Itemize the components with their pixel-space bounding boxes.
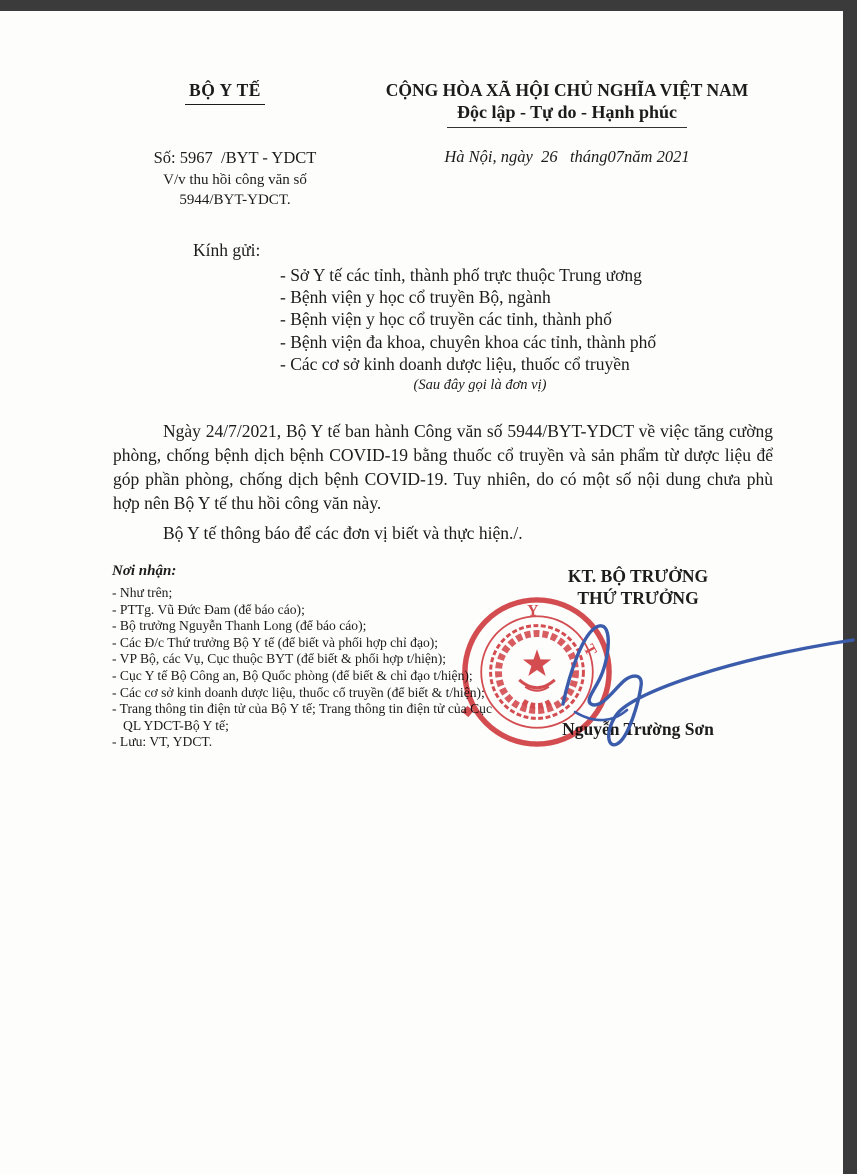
footer-recipient: - Lưu: VT, YDCT.: [112, 734, 504, 751]
footer-recipient: - Như trên;: [112, 585, 504, 602]
place-date: Hà Nội, ngày 26 tháng07năm 2021: [357, 147, 777, 167]
salutation-recipient-list: - Sở Y tế các tỉnh, thành phố trực thuộc…: [280, 264, 760, 375]
doc-number: Số: 5967 /BYT - YDCT: [110, 148, 360, 168]
salutation-recipient: - Bệnh viện y học cổ truyền Bộ, ngành: [280, 286, 760, 308]
national-motto: Độc lập - Tự do - Hạnh phúc: [447, 101, 687, 128]
footer-recipient-list: - Như trên;- PTTg. Vũ Đức Đam (để báo cá…: [112, 585, 504, 751]
header-right: CỘNG HÒA XÃ HỘI CHỦ NGHĨA VIỆT NAM Độc l…: [357, 80, 777, 128]
signer-title-line1: KT. BỘ TRƯỞNG: [518, 565, 758, 587]
footer-recipient: - Cục Y tế Bộ Công an, Bộ Quốc phòng (để…: [112, 668, 504, 685]
footer-recipient: - Trang thông tin điện tử của Bộ Y tế; T…: [112, 701, 504, 734]
scope-note: (Sau đây gọi là đơn vị): [280, 377, 680, 394]
seal-star: [523, 649, 551, 676]
salutation-recipient: - Bệnh viện đa khoa, chuyên khoa các tỉn…: [280, 331, 760, 353]
footer-recipient: - Các Đ/c Thứ trưởng Bộ Y tế (để biết và…: [112, 635, 504, 652]
seal-letter-top: Y: [527, 603, 539, 620]
salutation-recipient: - Bệnh viện y học cổ truyền các tỉnh, th…: [280, 308, 760, 330]
salutation-label: Kính gửi:: [193, 240, 260, 261]
body-text: Ngày 24/7/2021, Bộ Y tế ban hành Công vă…: [113, 419, 773, 545]
scan-border-top: [0, 0, 857, 11]
document-page: BỘ Y TẾ Số: 5967 /BYT - YDCT V/v thu hồi…: [0, 0, 857, 1174]
salutation-recipient: - Sở Y tế các tỉnh, thành phố trực thuộc…: [280, 264, 760, 286]
national-title: CỘNG HÒA XÃ HỘI CHỦ NGHĨA VIỆT NAM: [357, 80, 777, 101]
salutation-recipient: - Các cơ sở kinh doanh dược liệu, thuốc …: [280, 353, 760, 375]
body-paragraph-1: Ngày 24/7/2021, Bộ Y tế ban hành Công vă…: [113, 419, 773, 515]
org-title: BỘ Y TẾ: [185, 80, 265, 105]
header-left: BỘ Y TẾ: [110, 80, 340, 105]
footer-recipient: - VP Bộ, các Vụ, Cục thuộc BYT (để biết …: [112, 651, 504, 668]
body-paragraph-2: Bộ Y tế thông báo để các đơn vị biết và …: [113, 521, 773, 545]
footer-recipients-label: Nơi nhận:: [112, 563, 176, 580]
doc-subject-line2: 5944/BYT-YDCT.: [110, 190, 360, 210]
footer-recipient: - PTTg. Vũ Đức Đam (để báo cáo);: [112, 602, 504, 619]
scan-border-right: [843, 0, 857, 1174]
footer-recipient: - Các cơ sở kinh doanh dược liệu, thuốc …: [112, 685, 504, 702]
doc-subject-line1: V/v thu hồi công văn số: [110, 170, 360, 190]
footer-recipient: - Bộ trưởng Nguyễn Thanh Long (để báo cá…: [112, 618, 504, 635]
official-seal-icon: Y T: [458, 593, 616, 751]
doc-subject: V/v thu hồi công văn số 5944/BYT-YDCT.: [110, 170, 360, 210]
